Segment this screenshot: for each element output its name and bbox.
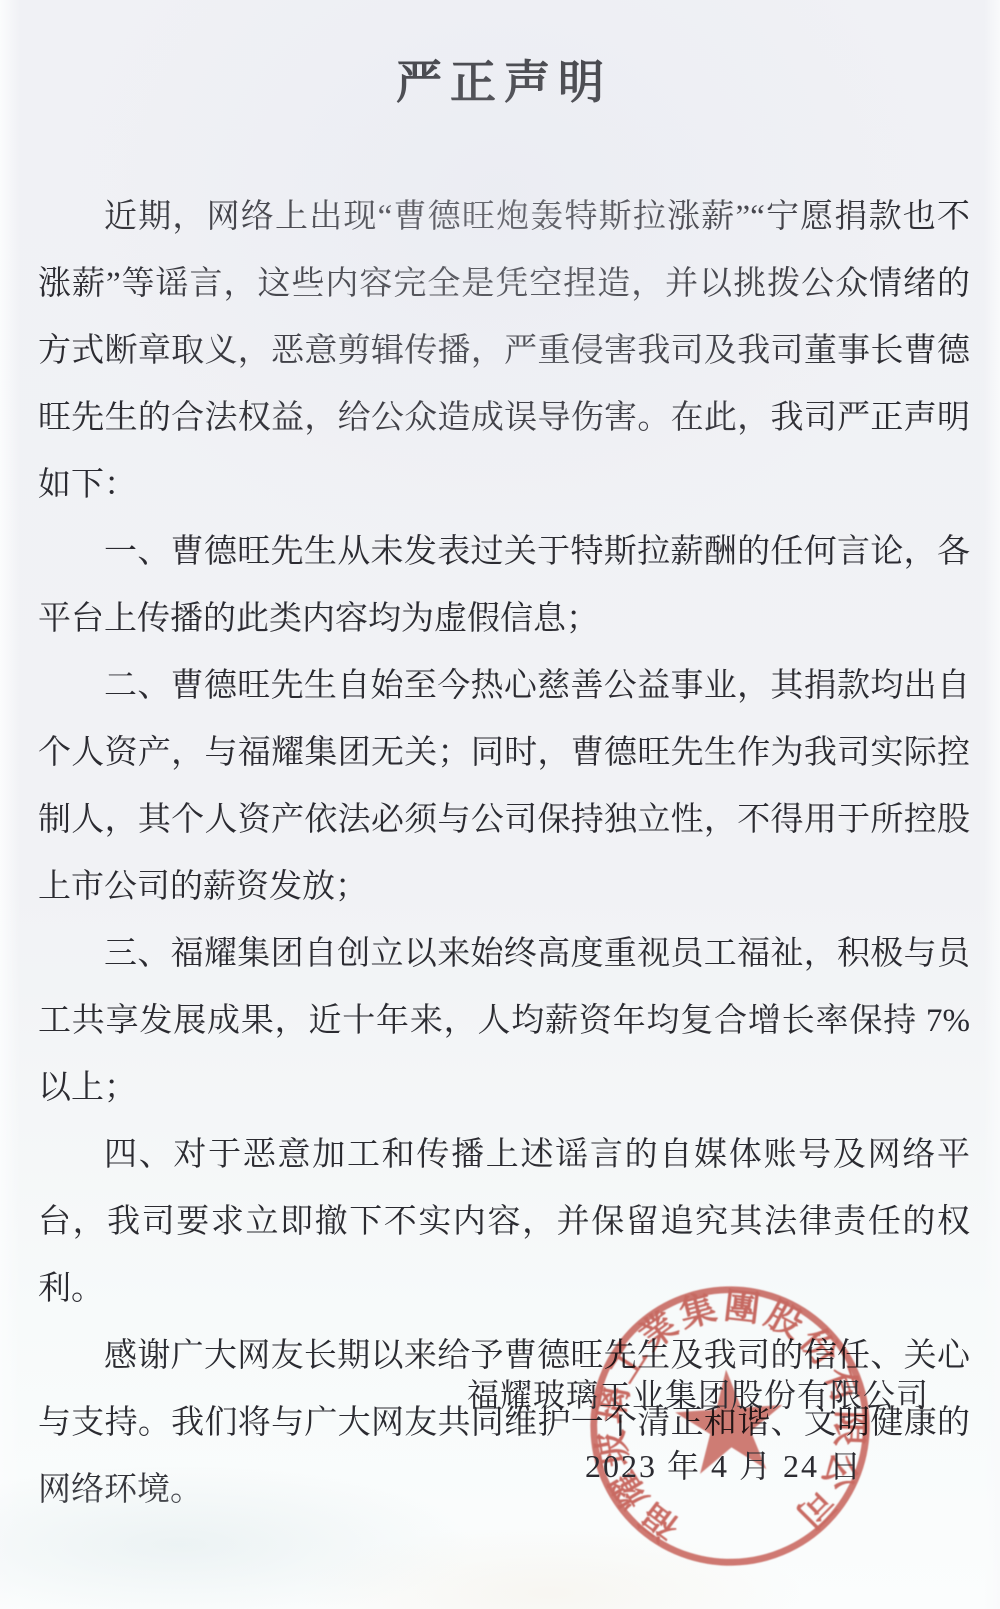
statement-paragraph: 近期，网络上出现“曹德旺炮轰特斯拉涨薪”“宁愿捐款也不涨薪”等谣言，这些内容完全…	[38, 184, 970, 519]
statement-paragraph: 二、曹德旺先生自始至今热心慈善公益事业，其捐款均出自个人资产，与福耀集团无关；同…	[38, 653, 970, 921]
statement-document: 严正声明 近期，网络上出现“曹德旺炮轰特斯拉涨薪”“宁愿捐款也不涨薪”等谣言，这…	[0, 0, 1000, 1609]
statement-paragraph: 一、曹德旺先生从未发表过关于特斯拉薪酬的任何言论，各平台上传播的此类内容均为虚假…	[38, 519, 970, 653]
statement-title: 严正声明	[0, 52, 1000, 114]
company-seal-stamp: 福耀玻璃工業集團股份有限公司	[574, 1262, 887, 1590]
signature-company-name: 福耀玻璃工业集团股份有限公司	[467, 1371, 929, 1419]
statement-paragraph: 三、福耀集团自创立以来始终高度重视员工福祉，积极与员工共享发展成果，近十年来，人…	[38, 921, 970, 1122]
signature-date: 2023 年 4 月 24 日	[585, 1442, 863, 1490]
